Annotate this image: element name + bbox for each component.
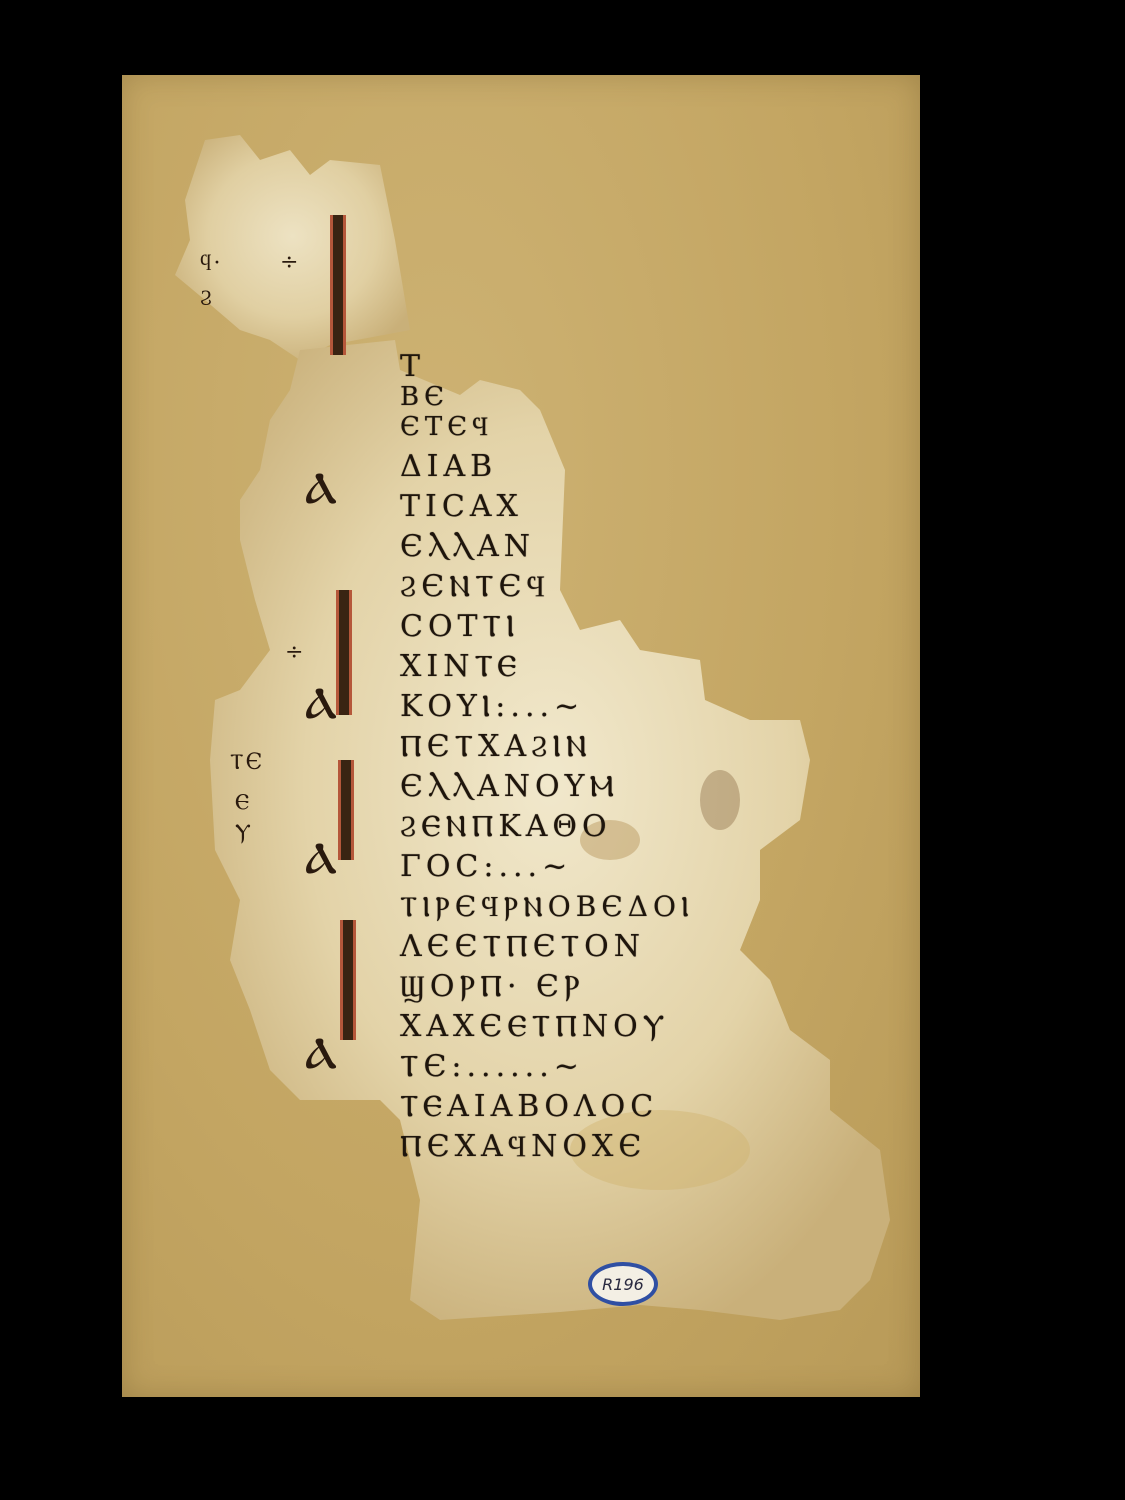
- text-line: ϨⲈⲚⲠΚΑΘΟ: [400, 800, 780, 840]
- rubric-bar: [336, 590, 352, 715]
- catalog-number: R196: [602, 1275, 644, 1294]
- initial-letter: ⲁ: [305, 1010, 337, 1084]
- text-line: ϨЄⲚⲦЄϤ: [400, 560, 780, 600]
- text-line: ЄТЄϤ: [400, 400, 780, 440]
- text-line: Т: [400, 340, 780, 370]
- margin-text: Ϩ: [200, 285, 214, 311]
- text-line: ⲦⲈΑΙΑΒΟΛΟϹ: [400, 1080, 780, 1120]
- margin-text: ÷: [280, 250, 300, 275]
- margin-text: ⲦЄ: [230, 750, 264, 775]
- rubric-bar: [340, 920, 356, 1040]
- margin-text: Ⲉ: [235, 790, 251, 815]
- text-line: ΔΙΑΒ: [400, 440, 780, 480]
- text-line: ЄⲖⲖΑΝ: [400, 520, 780, 560]
- catalog-label: R196: [588, 1262, 658, 1306]
- text-line: ΛЄЄⲦⲠЄⲦΟΝ: [400, 920, 780, 960]
- text-line: ϢΟⲢⲠ· ЄⲢ: [400, 960, 780, 1000]
- initial-letter: ⲁ: [305, 815, 337, 889]
- margin-text: ϥ·: [200, 250, 222, 276]
- rubric-bar: [330, 215, 346, 355]
- margin-text: Ⲩ: [235, 820, 253, 845]
- text-line: ЄⲖⲖΑΝΟΥⲘ: [400, 760, 780, 800]
- text-line: ΚΟΥⲒ:...~: [400, 680, 780, 720]
- margin-text: ÷: [285, 640, 305, 665]
- initial-letter: ⲁ: [305, 445, 337, 519]
- text-line: ΧΙΝⲦⲈ: [400, 640, 780, 680]
- text-column: Т ВЄ ЄТЄϤ ΔΙΑΒ ΤΙϹΑΧ ЄⲖⲖΑΝ ϨЄⲚⲦЄϤ ϹΟΤⲦⲒ …: [400, 340, 780, 1160]
- text-line: ΓΟϹ:...~: [400, 840, 780, 880]
- text-line: ВЄ: [400, 370, 780, 400]
- initial-letter: ⲁ: [305, 660, 337, 734]
- text-line: ⲦЄ:......~: [400, 1040, 780, 1080]
- text-line: ϹΟΤⲦⲒ: [400, 600, 780, 640]
- text-line: ⲦⲒⲢЄϤⲢⲚΟΒЄΔΟⲒ: [400, 880, 780, 920]
- text-line: ⲠЄΧΑϤΝΟΧЄ: [400, 1120, 780, 1160]
- text-line: ΤΙϹΑΧ: [400, 480, 780, 520]
- text-line: ΧΑΧЄⲈⲦⲠΝΟⲨ: [400, 1000, 780, 1040]
- text-line: ⲠЄⲦΧΑϨⲒⲚ: [400, 720, 780, 760]
- rubric-bar: [338, 760, 354, 860]
